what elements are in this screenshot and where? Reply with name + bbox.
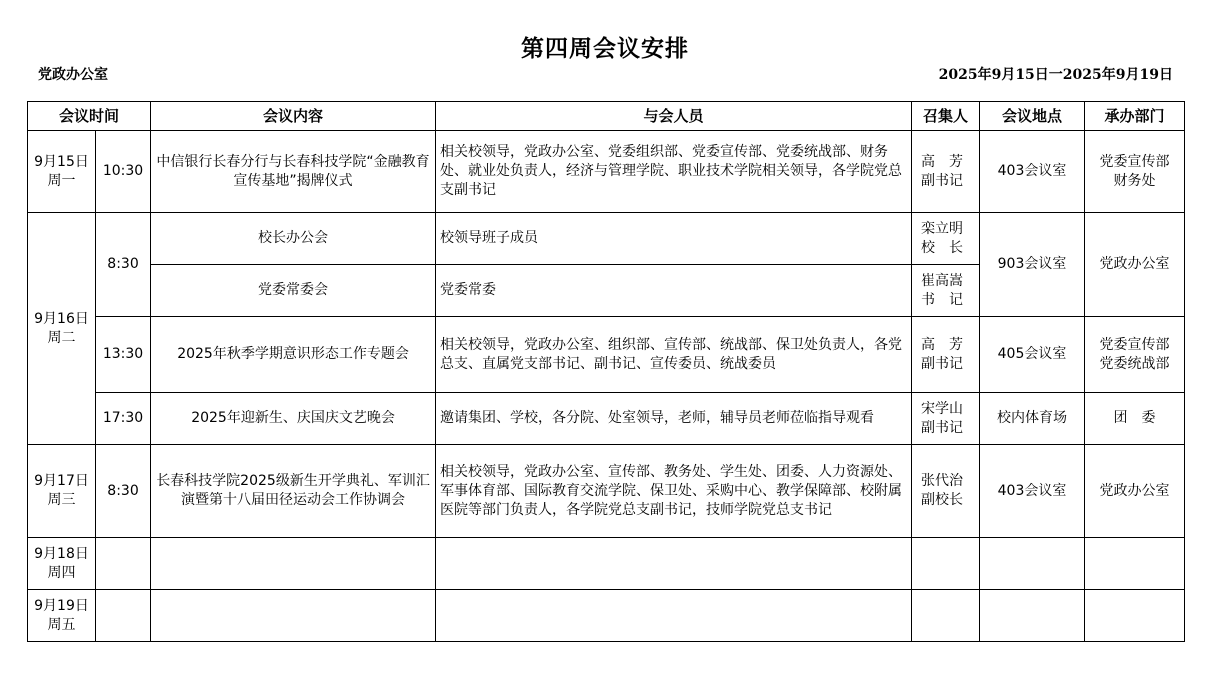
date-range: 2025年9月15日一2025年9月19日 <box>939 64 1173 84</box>
organizer-cell: 党委宣传部 财务处 <box>1085 131 1185 213</box>
date: 9月16日 <box>31 310 92 329</box>
time-cell: 8:30 <box>96 213 151 317</box>
content-cell <box>151 538 436 590</box>
time-cell <box>96 590 151 642</box>
table-row: 9月19日 周五 <box>28 590 1185 642</box>
weekday: 周三 <box>31 491 92 510</box>
convener-name: 高 芳 <box>915 336 976 355</box>
location-cell: 403会议室 <box>980 131 1085 213</box>
attendees-cell: 相关校领导，党政办公室、宣传部、教务处、学生处、团委、人力资源处、军事体育部、国… <box>436 445 912 538</box>
meeting-schedule-table: 会议时间 会议内容 与会人员 召集人 会议地点 承办部门 9月15日 周一 10… <box>27 101 1185 642</box>
convener-cell: 高 芳 副书记 <box>912 317 980 393</box>
header-convener: 召集人 <box>912 102 980 131</box>
convener-cell: 栾立明 校 长 <box>912 213 980 265</box>
convener-title: 副书记 <box>915 172 976 191</box>
header-location: 会议地点 <box>980 102 1085 131</box>
time-cell: 10:30 <box>96 131 151 213</box>
content-cell: 中信银行长春分行与长春科技学院“金融教育宣传基地”揭牌仪式 <box>151 131 436 213</box>
date: 9月18日 <box>31 545 92 564</box>
weekday: 周一 <box>31 172 92 191</box>
table-row: 9月18日 周四 <box>28 538 1185 590</box>
content-cell: 党委常委会 <box>151 265 436 317</box>
location-cell: 校内体育场 <box>980 393 1085 445</box>
convener-title: 副书记 <box>915 355 976 374</box>
attendees-cell: 邀请集团、学校，各分院、处室领导，老师，辅导员老师莅临指导观看 <box>436 393 912 445</box>
convener-cell <box>912 590 980 642</box>
convener-name: 张代治 <box>915 472 976 491</box>
convener-name: 高 芳 <box>915 153 976 172</box>
attendees-cell: 校领导班子成员 <box>436 213 912 265</box>
page-title: 第四周会议安排 <box>0 30 1210 63</box>
time-cell: 17:30 <box>96 393 151 445</box>
content-cell: 校长办公会 <box>151 213 436 265</box>
table-row: 13:30 2025年秋季学期意识形态工作专题会 相关校领导，党政办公室、组织部… <box>28 317 1185 393</box>
time-cell: 13:30 <box>96 317 151 393</box>
organizer-cell: 党政办公室 <box>1085 213 1185 317</box>
attendees-cell: 相关校领导，党政办公室、党委组织部、党委宣传部、党委统战部、财务处、就业处负责人… <box>436 131 912 213</box>
table-row: 9月16日 周二 8:30 校长办公会 校领导班子成员 栾立明 校 长 903会… <box>28 213 1185 265</box>
location-cell: 403会议室 <box>980 445 1085 538</box>
convener-cell: 崔高嵩 书 记 <box>912 265 980 317</box>
date-cell: 9月17日 周三 <box>28 445 96 538</box>
header-content: 会议内容 <box>151 102 436 131</box>
convener-title: 校 长 <box>915 239 976 258</box>
location-cell <box>980 538 1085 590</box>
location-cell <box>980 590 1085 642</box>
location-cell: 903会议室 <box>980 213 1085 317</box>
convener-title: 副书记 <box>915 419 976 438</box>
convener-cell <box>912 538 980 590</box>
time-cell: 8:30 <box>96 445 151 538</box>
organizer-cell: 党政办公室 <box>1085 445 1185 538</box>
convener-name: 宋学山 <box>915 400 976 419</box>
attendees-cell <box>436 538 912 590</box>
convener-cell: 高 芳 副书记 <box>912 131 980 213</box>
header-row: 会议时间 会议内容 与会人员 召集人 会议地点 承办部门 <box>28 102 1185 131</box>
convener-title: 书 记 <box>915 291 976 310</box>
date-cell: 9月15日 周一 <box>28 131 96 213</box>
weekday: 周五 <box>31 616 92 635</box>
date-cell: 9月18日 周四 <box>28 538 96 590</box>
table-row: 17:30 2025年迎新生、庆国庆文艺晚会 邀请集团、学校，各分院、处室领导，… <box>28 393 1185 445</box>
office-label: 党政办公室 <box>38 64 108 84</box>
attendees-cell <box>436 590 912 642</box>
date: 9月19日 <box>31 597 92 616</box>
organizer-cell <box>1085 538 1185 590</box>
table-row: 9月15日 周一 10:30 中信银行长春分行与长春科技学院“金融教育宣传基地”… <box>28 131 1185 213</box>
table-row: 9月17日 周三 8:30 长春科技学院2025级新生开学典礼、军训汇演暨第十八… <box>28 445 1185 538</box>
weekday: 周四 <box>31 564 92 583</box>
convener-cell: 宋学山 副书记 <box>912 393 980 445</box>
organizer-cell: 党委宣传部 党委统战部 <box>1085 317 1185 393</box>
date-cell: 9月16日 周二 <box>28 213 96 445</box>
convener-title: 副校长 <box>915 491 976 510</box>
convener-name: 崔高嵩 <box>915 272 976 291</box>
date: 9月15日 <box>31 153 92 172</box>
date: 9月17日 <box>31 472 92 491</box>
location-cell: 405会议室 <box>980 317 1085 393</box>
time-cell <box>96 538 151 590</box>
attendees-cell: 相关校领导，党政办公室、组织部、宣传部、统战部、保卫处负责人，各党总支、直属党支… <box>436 317 912 393</box>
organizer-cell <box>1085 590 1185 642</box>
content-cell: 2025年迎新生、庆国庆文艺晚会 <box>151 393 436 445</box>
organizer-cell: 团 委 <box>1085 393 1185 445</box>
content-cell: 2025年秋季学期意识形态工作专题会 <box>151 317 436 393</box>
content-cell <box>151 590 436 642</box>
attendees-cell: 党委常委 <box>436 265 912 317</box>
content-cell: 长春科技学院2025级新生开学典礼、军训汇演暨第十八届田径运动会工作协调会 <box>151 445 436 538</box>
weekday: 周二 <box>31 329 92 348</box>
convener-name: 栾立明 <box>915 220 976 239</box>
header-attendees: 与会人员 <box>436 102 912 131</box>
convener-cell: 张代治 副校长 <box>912 445 980 538</box>
date-cell: 9月19日 周五 <box>28 590 96 642</box>
header-time: 会议时间 <box>28 102 151 131</box>
header-organizer: 承办部门 <box>1085 102 1185 131</box>
